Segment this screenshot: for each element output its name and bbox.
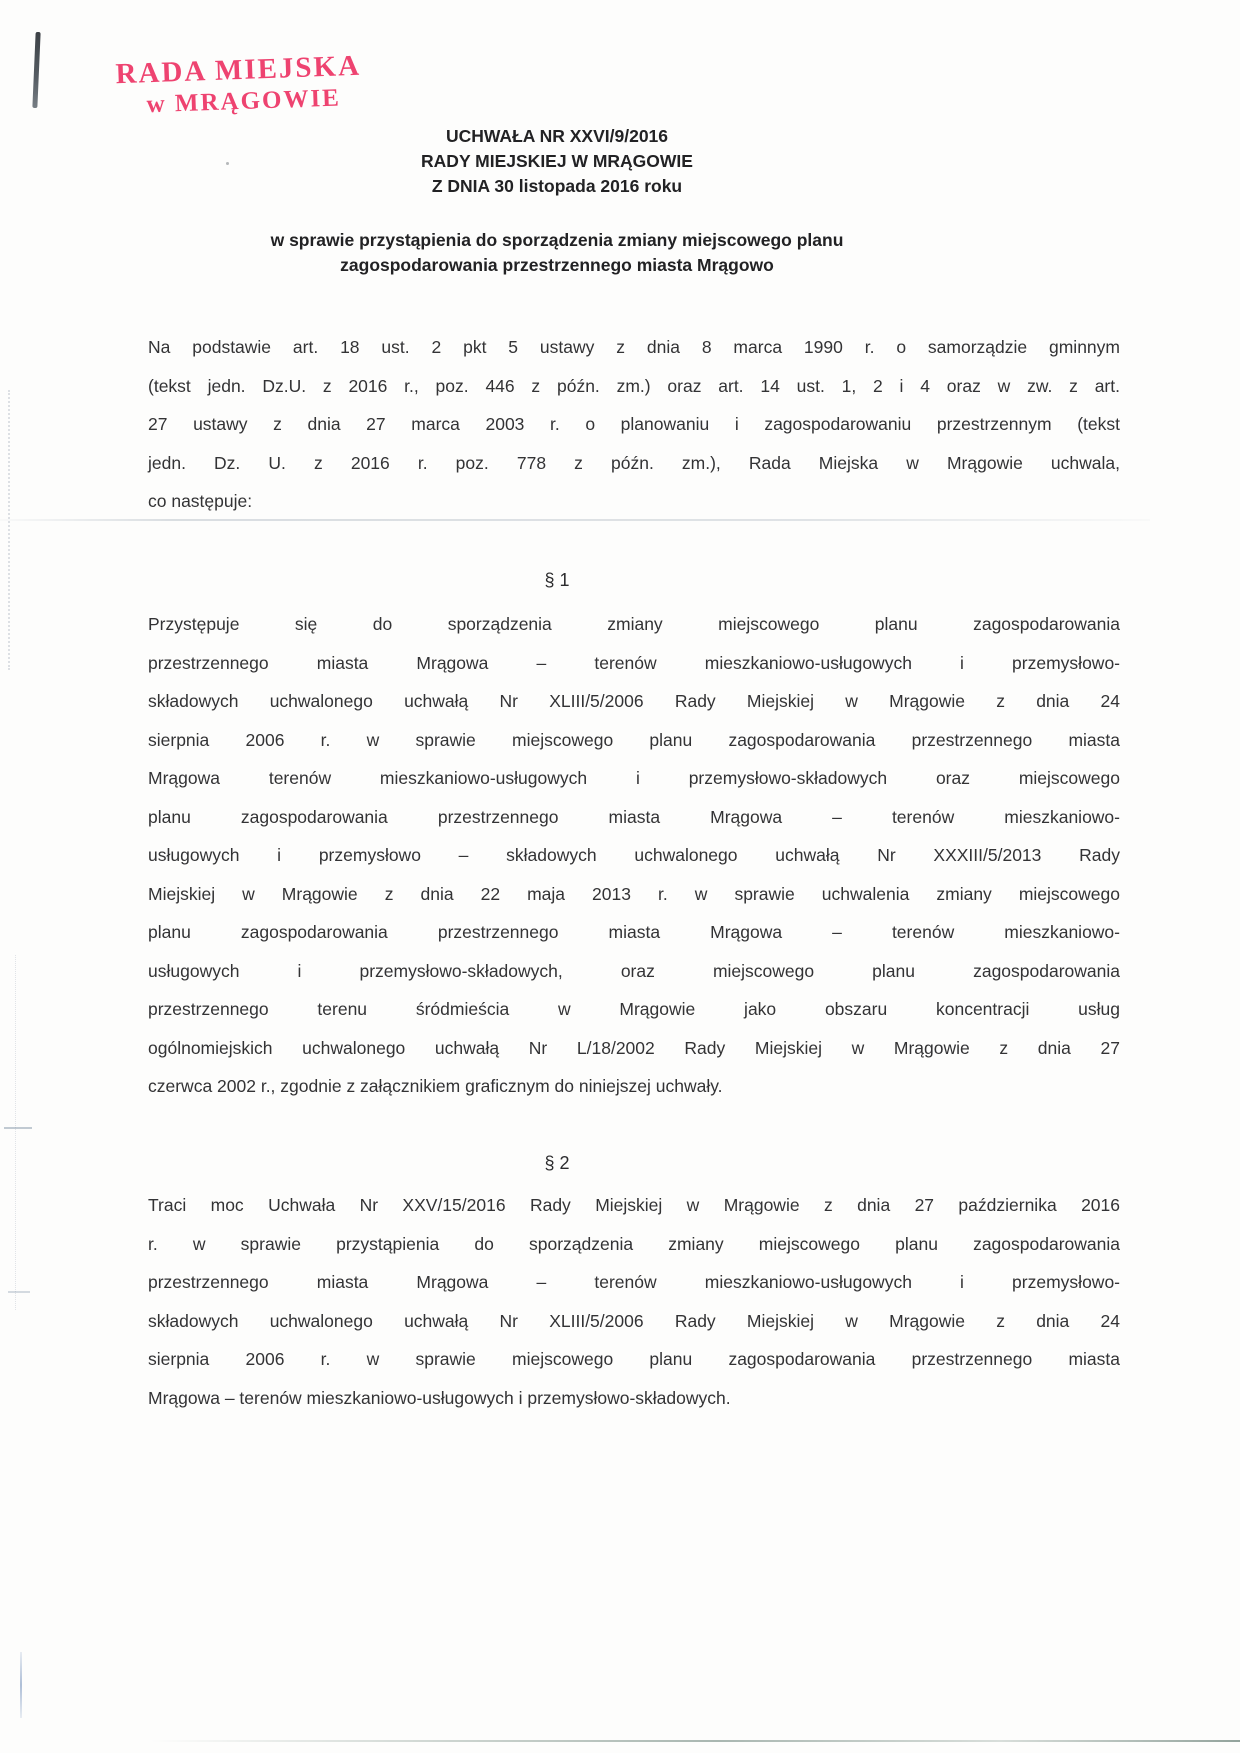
text-line: Miejskiej w Mrągowie z dnia 22 maja 2013… bbox=[148, 875, 1120, 914]
text-line: składowych uchwalonego uchwałą Nr XLIII/… bbox=[148, 1302, 1120, 1341]
text-line: Mrągowa – terenów mieszkaniowo-usługowyc… bbox=[148, 1379, 1120, 1418]
text-line: Przystępuje się do sporządzenia zmiany m… bbox=[148, 605, 1120, 644]
preamble-paragraph: Na podstawie art. 18 ust. 2 pkt 5 ustawy… bbox=[148, 328, 1120, 521]
edge-mark-artifact bbox=[20, 1652, 22, 1718]
margin-dash-artifact bbox=[4, 1127, 32, 1129]
text-line: przestrzennego terenu śródmieścia w Mrąg… bbox=[148, 990, 1120, 1029]
text-line: sierpnia 2006 r. w sprawie miejscowego p… bbox=[148, 1340, 1120, 1379]
text-line: planu zagospodarowania przestrzennego mi… bbox=[148, 913, 1120, 952]
text-line: Mrągowa terenów mieszkaniowo-usługowych … bbox=[148, 759, 1120, 798]
text-line: przestrzennego miasta Mrągowa – terenów … bbox=[148, 1263, 1120, 1302]
text-line: usługowych i przemysłowo – składowych uc… bbox=[148, 836, 1120, 875]
bottom-scan-line-artifact bbox=[150, 1740, 1240, 1742]
title-line: Z DNIA 30 listopada 2016 roku bbox=[0, 174, 1114, 199]
pen-mark-artifact bbox=[32, 32, 40, 108]
title-line: RADY MIEJSKIEJ W MRĄGOWIE bbox=[0, 149, 1114, 174]
scanned-resolution-page: RADA MIEJSKA w MRĄGOWIE UCHWAŁA NR XXVI/… bbox=[0, 0, 1240, 1753]
text-line: ogólnomiejskich uchwalonego uchwałą Nr L… bbox=[148, 1029, 1120, 1068]
resolution-title: UCHWAŁA NR XXVI/9/2016RADY MIEJSKIEJ W M… bbox=[0, 124, 1114, 199]
stamp-line-2: w MRĄGOWIE bbox=[116, 85, 362, 119]
text-line: usługowych i przemysłowo-składowych, ora… bbox=[148, 952, 1120, 991]
subject-line: w sprawie przystąpienia do sporządzenia … bbox=[0, 228, 1114, 253]
text-line: jedn. Dz. U. z 2016 r. poz. 778 z późn. … bbox=[148, 444, 1120, 483]
stamp-line-1: RADA MIEJSKA bbox=[115, 52, 361, 90]
text-line: r. w sprawie przystąpienia do sporządzen… bbox=[148, 1225, 1120, 1264]
text-line: planu zagospodarowania przestrzennego mi… bbox=[148, 798, 1120, 837]
title-line: UCHWAŁA NR XXVI/9/2016 bbox=[0, 124, 1114, 149]
margin-dash-artifact bbox=[8, 1291, 30, 1293]
council-stamp: RADA MIEJSKA w MRĄGOWIE bbox=[115, 52, 362, 119]
text-line: składowych uchwalonego uchwałą Nr XLIII/… bbox=[148, 682, 1120, 721]
text-line: czerwca 2002 r., zgodnie z załącznikiem … bbox=[148, 1067, 1120, 1106]
section-2-heading: § 2 bbox=[0, 1151, 1114, 1176]
section-1-paragraph: Przystępuje się do sporządzenia zmiany m… bbox=[148, 605, 1120, 1106]
subject-line: zagospodarowania przestrzennego miasta M… bbox=[0, 253, 1114, 278]
margin-dots-artifact bbox=[15, 955, 16, 1310]
text-line: co następuje: bbox=[148, 482, 1120, 521]
text-line: 27 ustawy z dnia 27 marca 2003 r. o plan… bbox=[148, 405, 1120, 444]
section-2-paragraph: Traci moc Uchwała Nr XXV/15/2016 Rady Mi… bbox=[148, 1186, 1120, 1417]
text-line: Traci moc Uchwała Nr XXV/15/2016 Rady Mi… bbox=[148, 1186, 1120, 1225]
text-line: Na podstawie art. 18 ust. 2 pkt 5 ustawy… bbox=[148, 328, 1120, 367]
margin-dots-artifact bbox=[8, 390, 10, 670]
resolution-subject: w sprawie przystąpienia do sporządzenia … bbox=[0, 228, 1114, 278]
text-line: (tekst jedn. Dz.U. z 2016 r., poz. 446 z… bbox=[148, 367, 1120, 406]
section-1-heading: § 1 bbox=[0, 568, 1114, 593]
text-line: przestrzennego miasta Mrągowa – terenów … bbox=[148, 644, 1120, 683]
text-line: sierpnia 2006 r. w sprawie miejscowego p… bbox=[148, 721, 1120, 760]
